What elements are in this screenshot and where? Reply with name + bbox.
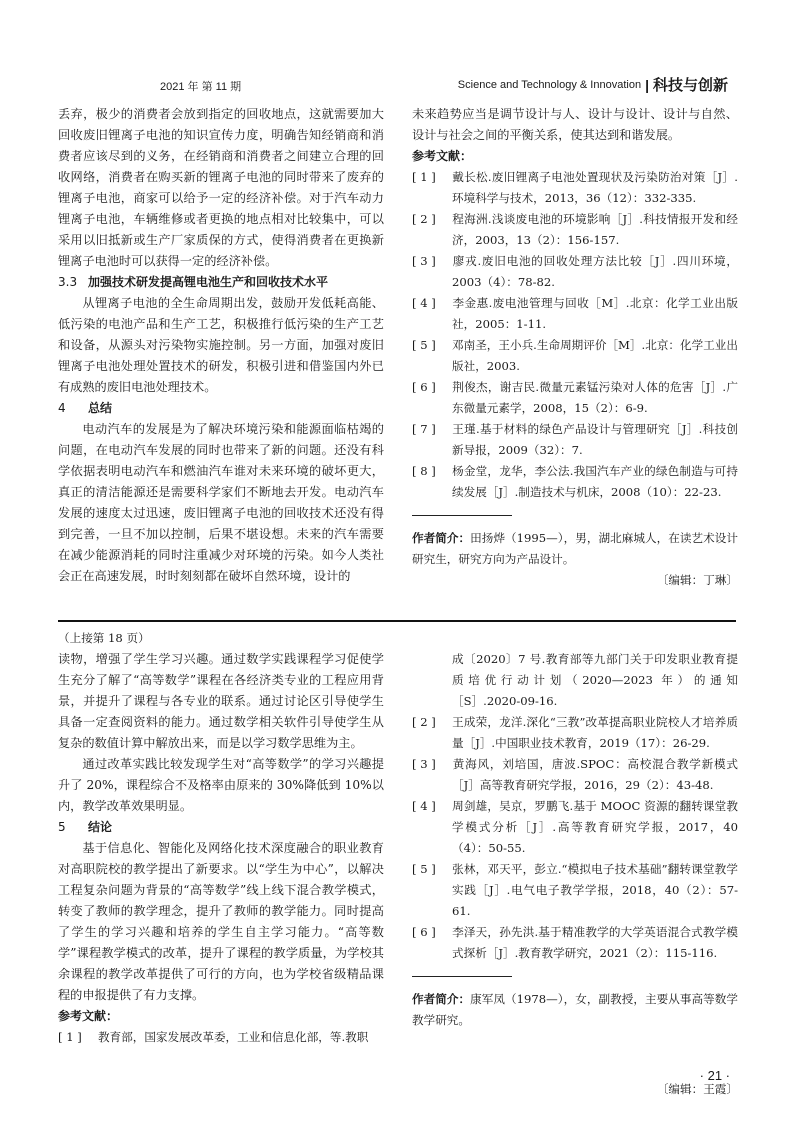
page-number: · 21 · (700, 1068, 730, 1083)
section-title: 结论 (88, 820, 112, 834)
top-left-column: 丢弃，极少的消费者会放到指定的回收地点，这就需要加大回收废旧锂离子电池的知识宣传… (58, 104, 384, 587)
article-divider (58, 620, 736, 622)
editor-note: 〔编辑：丁琳〕 (412, 570, 738, 591)
journal-name-cn: 科技与创新 (653, 74, 728, 95)
journal-header: Science and Technology & Innovation | 科技… (458, 74, 728, 95)
bottom-right-column: 成〔2020〕7 号.教育部等九部门关于印发职业教育提质培优行动计划（2020—… (412, 649, 738, 1100)
continued-note: （上接第 18 页） (58, 628, 384, 649)
reference-item: [ 1 ]教育部，国家发展改革委，工业和信息化部，等.教职 (58, 1027, 384, 1048)
reference-item: [ 4 ]周剑雄，吴京，罗鹏飞.基于 MOOC 资源的翻转课堂教学模式分析［J］… (412, 796, 738, 859)
paragraph: 从锂离子电池的全生命周期出发，鼓励开发低耗高能、低污染的电池产品和生产工艺，积极… (58, 293, 384, 398)
section-title: 加强技术研发提高锂电池生产和回收技术水平 (88, 275, 328, 289)
paragraph: 电动汽车的发展是为了解决环境污染和能源面临枯竭的问题，在电动汽车发展的同时也带来… (58, 419, 384, 587)
paragraph: 丢弃，极少的消费者会放到指定的回收地点，这就需要加大回收废旧锂离子电池的知识宣传… (58, 104, 384, 272)
reference-list: [ 2 ]王成荣，龙洋.深化“三教”改革提高职业院校人才培养质量［J］.中国职业… (412, 712, 738, 964)
footnote-rule (412, 976, 512, 977)
section-title: 总结 (88, 401, 112, 415)
reference-item: [ 3 ]黄海风，刘培国，唐波.SPOC：高校混合教学新模式［J］高等教育研究学… (412, 754, 738, 796)
reference-item: [ 7 ]王瑾.基于材料的绿色产品设计与管理研究［J］.科技创新导报，2009（… (412, 419, 738, 461)
reference-item: [ 2 ]王成荣，龙洋.深化“三教”改革提高职业院校人才培养质量［J］.中国职业… (412, 712, 738, 754)
reference-item: [ 5 ]张林，邓天平，彭立.“模拟电子技术基础”翻转课堂教学实践［J］.电气电… (412, 859, 738, 922)
references-heading: 参考文献： (412, 146, 738, 167)
references-heading: 参考文献： (58, 1006, 384, 1027)
editor-note: 〔编辑：王霞〕 (412, 1079, 738, 1100)
author-bio-label: 作者简介： (412, 992, 470, 1006)
paragraph: 基于信息化、智能化及网络化技术深度融合的职业教育对高职院校的教学提出了新要求。以… (58, 838, 384, 1006)
section-number: 3.3 (58, 272, 88, 293)
section-number: 4 (58, 398, 88, 419)
section-heading-3-3: 3.3加强技术研发提高锂电池生产和回收技术水平 (58, 272, 384, 293)
reference-item: [ 4 ]李金惠.废电池管理与回收［M］.北京：化学工业出版社，2005：1-1… (412, 293, 738, 335)
section-heading-5: 5结论 (58, 817, 384, 838)
issue-label: 2021 年 第 11 期 (160, 78, 241, 94)
reference-item: [ 1 ]戴长松.废旧锂离子电池处置现状及污染防治对策［J］.环境科学与技术，2… (412, 167, 738, 209)
paragraph: 通过改革实践比较发现学生对“高等数学”的学习兴趣提升了 20%，课程综合不及格率… (58, 754, 384, 817)
reference-item: [ 8 ]杨金堂，龙华，李公法.我国汽车产业的绿色制造与可持续发展［J］.制造技… (412, 461, 738, 503)
paragraph: 未来趋势应当是调节设计与人、设计与设计、设计与自然、设计与社会之间的平衡关系，使… (412, 104, 738, 146)
reference-list: [ 1 ]戴长松.废旧锂离子电池处置现状及污染防治对策［J］.环境科学与技术，2… (412, 167, 738, 503)
bottom-left-column: （上接第 18 页） 读物，增强了学生学习兴趣。通过数学实践课程学习促使学生充分… (58, 628, 384, 1048)
reference-item: [ 5 ]邓南圣，王小兵.生命周期评价［M］.北京：化学工业出版社，2003. (412, 335, 738, 377)
reference-item: [ 3 ]廖戎.废旧电池的回收处理方法比较［J］.四川环境，2003（4）：78… (412, 251, 738, 293)
reference-item: [ 6 ]荆俊杰，谢吉民.微量元素锰污染对人体的危害［J］.广东微量元素学，20… (412, 377, 738, 419)
author-bio: 作者简介：田扬烨（1995—），男，湖北麻城人，在读艺术设计研究生，研究方向为产… (412, 528, 738, 570)
journal-name-en: Science and Technology & Innovation (458, 79, 641, 91)
section-heading-4: 4总结 (58, 398, 384, 419)
author-bio-label: 作者简介： (412, 531, 470, 545)
paragraph: 读物，增强了学生学习兴趣。通过数学实践课程学习促使学生充分了解了“高等数学”课程… (58, 649, 384, 754)
section-number: 5 (58, 817, 88, 838)
reference-item: [ 6 ]李泽天，孙先洪.基于精准教学的大学英语混合式教学模式探析［J］.教育教… (412, 922, 738, 964)
author-bio: 作者简介：康军凤（1978—），女，副教授，主要从事高等数学教学研究。 (412, 989, 738, 1031)
reference-item-continued: 成〔2020〕7 号.教育部等九部门关于印发职业教育提质培优行动计划（2020—… (412, 649, 738, 712)
reference-item: [ 2 ]程海洲.浅谈废电池的环境影响［J］.科技情报开发和经济，2003，13… (412, 209, 738, 251)
header-separator: | (645, 77, 649, 93)
footnote-rule (412, 515, 512, 516)
top-right-column: 未来趋势应当是调节设计与人、设计与设计、设计与自然、设计与社会之间的平衡关系，使… (412, 104, 738, 591)
